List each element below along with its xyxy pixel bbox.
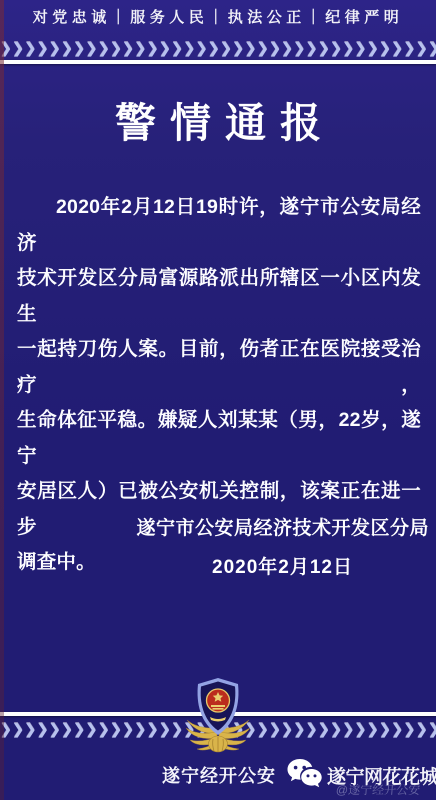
police-slogan: 对党忠诚｜服务人民｜执法公正｜纪律严明 (0, 6, 436, 27)
police-notice-poster: 对党忠诚｜服务人民｜执法公正｜纪律严明 ❯❯❯❯❯❯❯❯❯❯❯❯❯❯❯❯❯❯❯❯… (0, 0, 436, 800)
body-text-line: 技术开发区分局富源路派出所辖区一小区内发生 (17, 261, 421, 332)
left-edge-artifact (0, 0, 4, 800)
body-text-line: 2020年2月12日19时许，遂宁市公安局经济 (17, 190, 421, 261)
body-text-line: 生命体征平稳。嫌疑人刘某某（男，22岁，遂宁 (17, 403, 421, 474)
footer-account-name: 遂宁经开公安 (162, 762, 276, 788)
issuer-signature: 遂宁市公安局经济技术开发区分局 (0, 513, 429, 540)
issue-date: 2020年2月12日 (0, 552, 353, 579)
police-badge-emblem (185, 676, 251, 758)
divider-rule-top (0, 60, 436, 64)
footer-watermark: @遂宁经开公安 (335, 781, 420, 798)
chevron-divider-top: ❯❯❯❯❯❯❯❯❯❯❯❯❯❯❯❯❯❯❯❯❯❯❯❯❯❯❯❯❯❯❯❯❯❯❯❯❯❯❯❯… (0, 40, 436, 57)
body-text-line: 一起持刀伤人案。目前，伤者正在医院接受治疗， (17, 332, 421, 403)
notice-title: 警情通报 (0, 90, 436, 149)
wechat-logo-icon (286, 757, 326, 795)
